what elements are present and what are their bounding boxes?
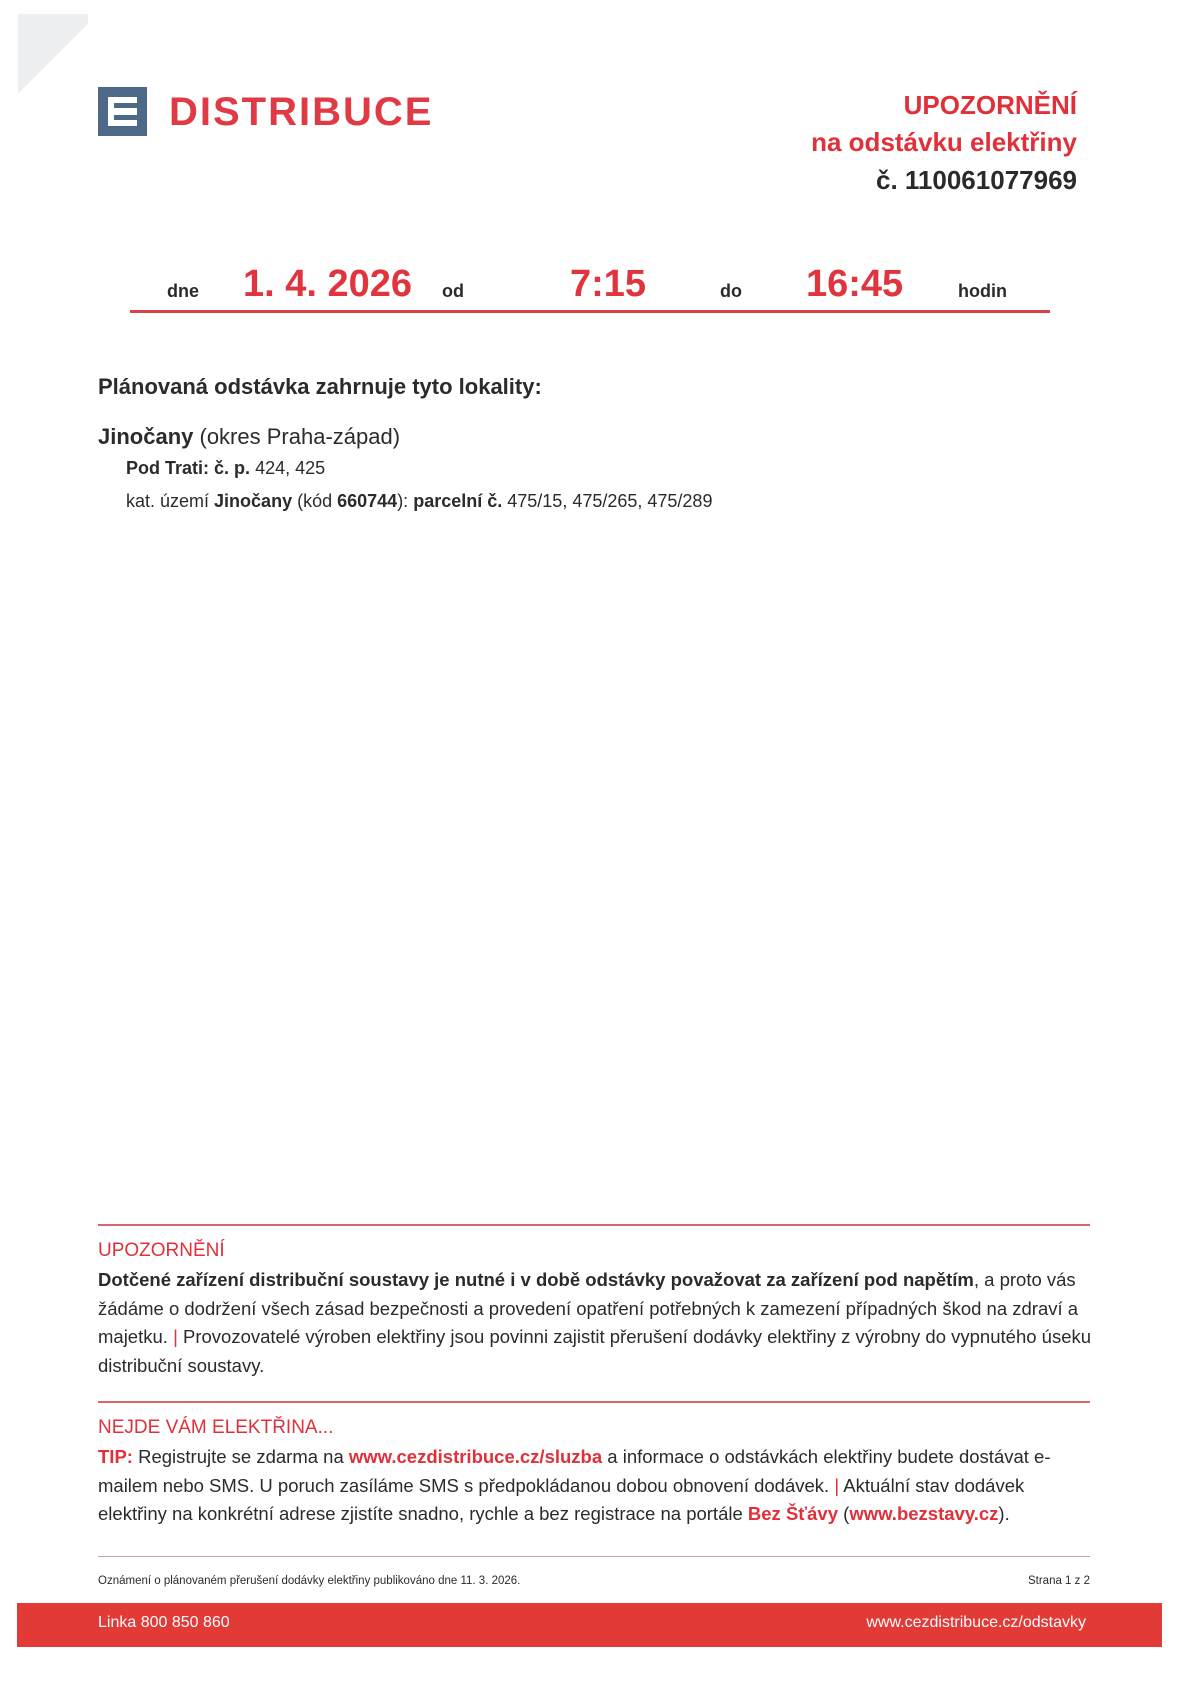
- outage-schedule: dne 1. 4. 2026 od 7:15 do 16:45 hodin: [130, 262, 1050, 313]
- cez-e-logo-icon: [98, 87, 147, 136]
- warning-text: Dotčené zařízení distribuční soustavy je…: [98, 1266, 1093, 1380]
- tip-label: TIP:: [98, 1446, 133, 1467]
- to-label: do: [720, 281, 742, 302]
- cadastral-code-suffix: ):: [397, 491, 408, 511]
- notice-number-label: č.: [876, 165, 898, 195]
- warning-bold-text: Dotčené zařízení distribuční soustavy je…: [98, 1269, 974, 1290]
- outage-date: 1. 4. 2026: [243, 263, 412, 306]
- street-name: Pod Trati:: [126, 458, 209, 478]
- warning-title: UPOZORNĚNÍ: [98, 1240, 225, 1262]
- district-name: (okres Praha-západ): [200, 424, 401, 449]
- cadastral-code-prefix: (kód: [297, 491, 332, 511]
- scan-corner-fold: [18, 14, 88, 104]
- parcel-numbers: 475/15, 475/265, 475/289: [507, 491, 712, 511]
- cadastral-prefix: kat. území: [126, 491, 209, 511]
- cadastral-territory: Jinočany: [214, 491, 292, 511]
- service-registration-link[interactable]: www.cezdistribuce.cz/sluzba: [349, 1446, 602, 1467]
- tip-text-1: Registrujte se zdarma na: [138, 1446, 344, 1467]
- from-label: od: [442, 281, 464, 302]
- page-number: Strana 1 z 2: [1028, 1575, 1090, 1587]
- house-numbers: 424, 425: [255, 458, 325, 478]
- divider-middle: [98, 1401, 1090, 1403]
- brand-name: DISTRIBUCE: [169, 92, 433, 132]
- notice-subtitle: na odstávku elektřiny: [811, 123, 1077, 161]
- hours-label: hodin: [958, 281, 1007, 302]
- notice-number-value: 110061077969: [905, 165, 1077, 195]
- warning-text-2: Provozovatelé výroben elektřiny jsou pov…: [98, 1326, 1091, 1376]
- outage-end-time: 16:45: [806, 263, 903, 306]
- parcel-label: parcelní č.: [413, 491, 502, 511]
- municipality-name: Jinočany: [98, 424, 193, 449]
- publication-note: Oznámení o plánovaném přerušení dodávky …: [98, 1575, 520, 1587]
- date-label: dne: [167, 281, 199, 302]
- cadastral-code: 660744: [337, 491, 397, 511]
- cadastral-line: kat. území Jinočany (kód660744): parceln…: [126, 491, 712, 512]
- separator: |: [173, 1326, 178, 1347]
- tip-text: TIP: Registrujte se zdarma na www.cezdis…: [98, 1443, 1093, 1529]
- house-number-label: č. p.: [214, 458, 250, 478]
- company-logo: DISTRIBUCE: [98, 87, 433, 136]
- notice-number: č. 110061077969: [811, 161, 1077, 199]
- outage-start-time: 7:15: [570, 263, 646, 306]
- notice-title: UPOZORNĚNÍ: [811, 87, 1077, 123]
- locality-municipality: Jinočany (okres Praha-západ): [98, 424, 400, 450]
- divider-top: [98, 1224, 1090, 1226]
- divider-bottom: [98, 1556, 1090, 1557]
- localities-heading: Plánovaná odstávka zahrnuje tyto lokalit…: [98, 374, 542, 400]
- footer-bar: Linka 800 850 860 www.cezdistribuce.cz/o…: [17, 1603, 1162, 1647]
- notice-header: UPOZORNĚNÍ na odstávku elektřiny č. 1100…: [811, 87, 1077, 199]
- separator: |: [834, 1475, 839, 1496]
- paren-close: ).: [998, 1503, 1009, 1524]
- bezstavy-link[interactable]: www.bezstavy.cz: [849, 1503, 998, 1524]
- street-address-line: Pod Trati: č. p. 424, 425: [126, 458, 325, 479]
- tip-section-title: NEJDE VÁM ELEKTŘINA...: [98, 1417, 333, 1439]
- portal-name: Bez Šťávy: [748, 1503, 838, 1524]
- hotline-number: Linka 800 850 860: [98, 1614, 230, 1632]
- outages-website-link[interactable]: www.cezdistribuce.cz/odstavky: [866, 1614, 1086, 1632]
